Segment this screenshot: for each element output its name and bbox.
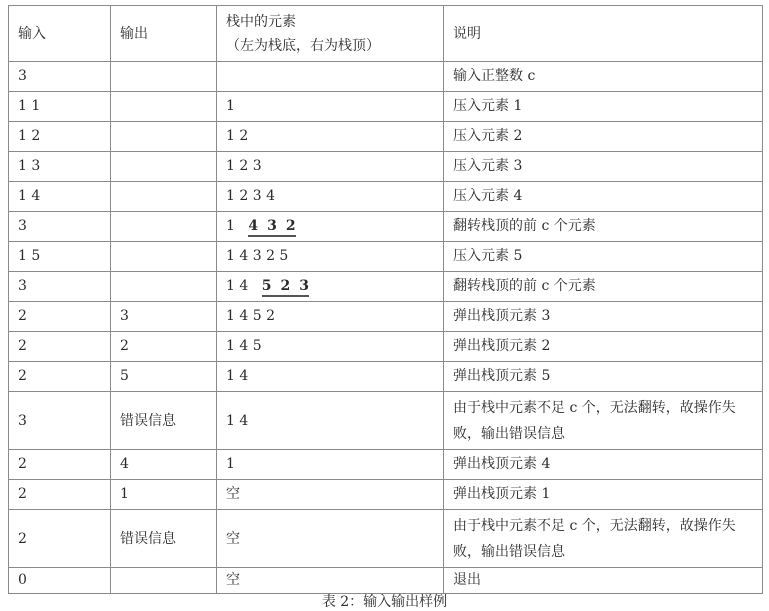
stack-element: 2 [286,218,296,235]
cell-output [111,212,217,242]
table-row: 3 输入正整数 c [9,62,763,92]
cell-stack: 1 432 [217,212,444,242]
io-sample-table: 输入 输出 栈中的元素 （左为栈底，右为栈顶） 说明 3 输入正整数 c 1 1… [8,5,763,594]
cell-note: 压入元素 5 [444,242,763,272]
stack-element: 2 [280,278,290,295]
cell-input: 2 [9,302,111,332]
cell-stack [217,62,444,92]
cell-note: 弹出栈顶元素 5 [444,362,763,392]
cell-output: 1 [111,480,217,510]
cell-input: 1 3 [9,152,111,182]
cell-input: 1 4 [9,182,111,212]
table-row: 3 1 432 翻转栈顶的前 c 个元素 [9,212,763,242]
cell-output [111,62,217,92]
table-row: 0 空 退出 [9,568,763,594]
table-caption: 表 2：输入输出样例 [0,591,769,611]
table-row: 1 2 1 2 压入元素 2 [9,122,763,152]
cell-input: 2 [9,362,111,392]
table-row: 2 3 1 4 5 2 弹出栈顶元素 3 [9,302,763,332]
cell-stack: 1 [217,450,444,480]
cell-stack: 1 2 3 [217,152,444,182]
cell-stack: 空 [217,510,444,568]
column-header-output: 输出 [111,6,217,62]
cell-note: 退出 [444,568,763,594]
cell-output: 4 [111,450,217,480]
cell-input: 3 [9,392,111,450]
stack-reversed-part: 432 [248,218,295,237]
cell-stack: 1 4 [217,392,444,450]
column-header-stack-subtitle: （左为栈底，右为栈顶） [226,34,443,58]
stack-element: 3 [299,278,309,295]
cell-note: 翻转栈顶的前 c 个元素 [444,272,763,302]
table-row: 2 5 1 4 弹出栈顶元素 5 [9,362,763,392]
cell-output [111,568,217,594]
column-header-stack: 栈中的元素 （左为栈底，右为栈顶） [217,6,444,62]
table-row: 1 3 1 2 3 压入元素 3 [9,152,763,182]
stack-element: 4 [248,218,258,235]
cell-input: 1 5 [9,242,111,272]
column-header-stack-title: 栈中的元素 [226,10,443,34]
cell-stack: 1 [217,92,444,122]
cell-output [111,122,217,152]
stack-element: 5 [262,278,272,295]
cell-note: 弹出栈顶元素 3 [444,302,763,332]
cell-stack: 空 [217,480,444,510]
stack-plain-part: 1 [226,218,235,234]
cell-stack: 空 [217,568,444,594]
table-row: 1 4 1 2 3 4 压入元素 4 [9,182,763,212]
cell-note: 弹出栈顶元素 1 [444,480,763,510]
cell-output: 5 [111,362,217,392]
table-row: 3 1 4 523 翻转栈顶的前 c 个元素 [9,272,763,302]
cell-note: 压入元素 4 [444,182,763,212]
cell-note: 压入元素 2 [444,122,763,152]
cell-note: 输入正整数 c [444,62,763,92]
column-header-note: 说明 [444,6,763,62]
stack-plain-part: 1 4 [226,278,248,294]
cell-input: 3 [9,212,111,242]
cell-stack: 1 4 3 2 5 [217,242,444,272]
cell-output [111,272,217,302]
cell-stack: 1 4 5 2 [217,302,444,332]
table-row: 3 错误信息 1 4 由于栈中元素不足 c 个，无法翻转，故操作失败，输出错误信… [9,392,763,450]
cell-output [111,242,217,272]
cell-note: 由于栈中元素不足 c 个，无法翻转，故操作失败，输出错误信息 [444,510,763,568]
table-header-row: 输入 输出 栈中的元素 （左为栈底，右为栈顶） 说明 [9,6,763,62]
table-row: 2 4 1 弹出栈顶元素 4 [9,450,763,480]
cell-input: 2 [9,332,111,362]
table-row: 2 错误信息 空 由于栈中元素不足 c 个，无法翻转，故操作失败，输出错误信息 [9,510,763,568]
cell-input: 1 1 [9,92,111,122]
cell-output: 错误信息 [111,510,217,568]
cell-note: 翻转栈顶的前 c 个元素 [444,212,763,242]
column-header-input: 输入 [9,6,111,62]
cell-output [111,92,217,122]
stack-element: 3 [267,218,277,235]
cell-stack: 1 4 523 [217,272,444,302]
table-row: 1 1 1 压入元素 1 [9,92,763,122]
stack-reversed-part: 523 [262,278,309,297]
cell-input: 2 [9,510,111,568]
cell-note: 压入元素 3 [444,152,763,182]
cell-stack: 1 4 5 [217,332,444,362]
table-row: 2 2 1 4 5 弹出栈顶元素 2 [9,332,763,362]
cell-input: 3 [9,62,111,92]
cell-output: 3 [111,302,217,332]
cell-note: 弹出栈顶元素 4 [444,450,763,480]
table-row: 1 5 1 4 3 2 5 压入元素 5 [9,242,763,272]
cell-input: 3 [9,272,111,302]
cell-output [111,182,217,212]
cell-input: 1 2 [9,122,111,152]
cell-input: 2 [9,480,111,510]
cell-output [111,152,217,182]
cell-stack: 1 2 3 4 [217,182,444,212]
cell-input: 2 [9,450,111,480]
cell-output: 错误信息 [111,392,217,450]
cell-note: 压入元素 1 [444,92,763,122]
cell-stack: 1 4 [217,362,444,392]
cell-note: 由于栈中元素不足 c 个，无法翻转，故操作失败，输出错误信息 [444,392,763,450]
cell-output: 2 [111,332,217,362]
table-row: 2 1 空 弹出栈顶元素 1 [9,480,763,510]
cell-stack: 1 2 [217,122,444,152]
cell-note: 弹出栈顶元素 2 [444,332,763,362]
cell-input: 0 [9,568,111,594]
